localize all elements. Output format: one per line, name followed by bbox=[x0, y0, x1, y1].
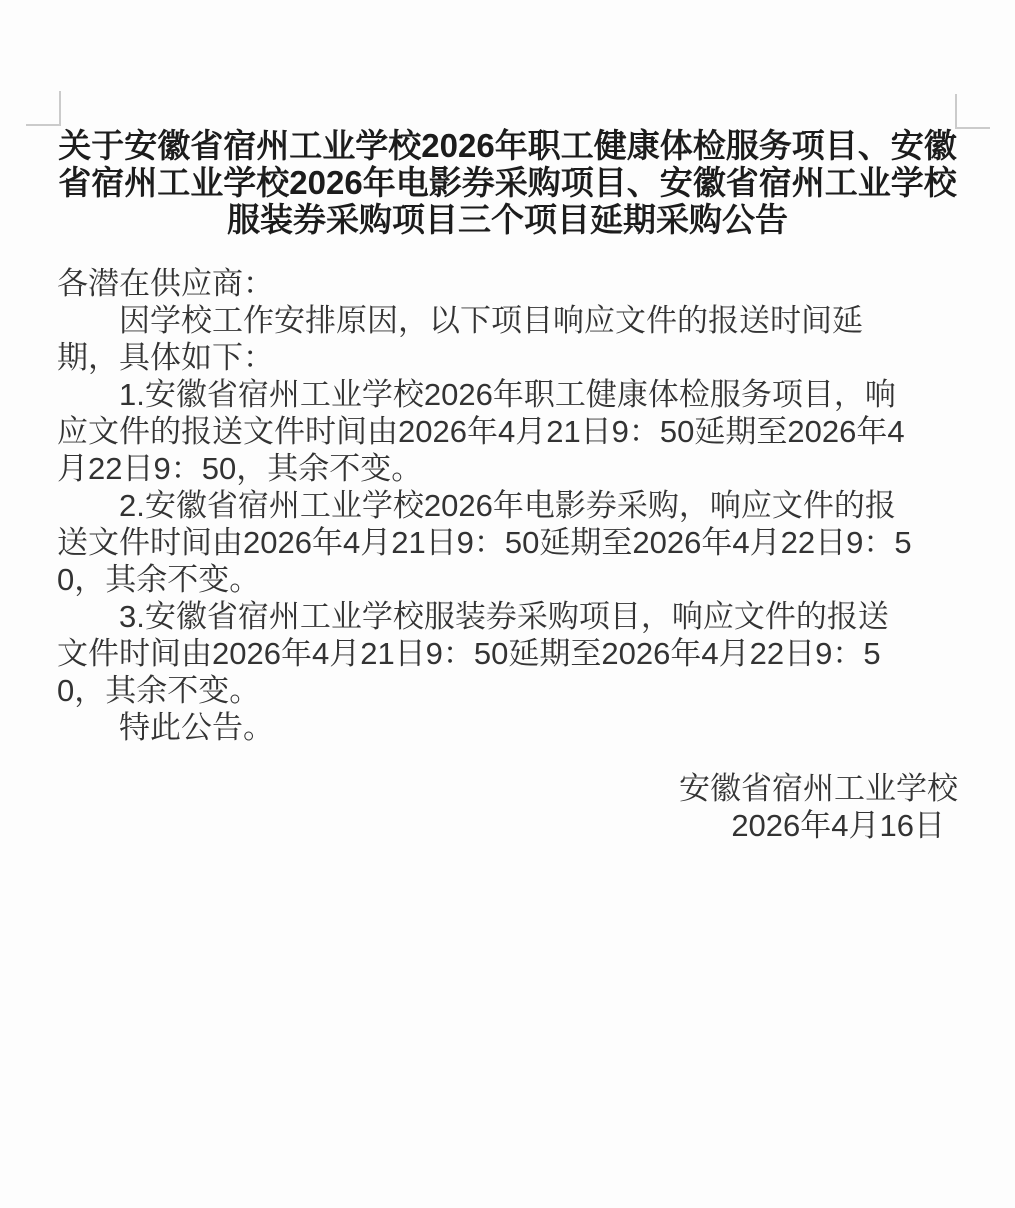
signature-org: 安徽省宿州工业学校 bbox=[57, 770, 958, 807]
item-1-line: 1.安徽省宿州工业学校2026年职工健康体检服务项目，响 bbox=[57, 376, 958, 413]
title-line: 服装券采购项目三个项目延期采购公告 bbox=[57, 201, 958, 238]
closing-line: 特此公告。 bbox=[57, 709, 958, 746]
intro-line: 期，具体如下： bbox=[57, 339, 958, 376]
title-line: 关于安徽省宿州工业学校2026年职工健康体检服务项目、安徽 bbox=[57, 127, 958, 164]
item-1-line: 月22日9：50，其余不变。 bbox=[57, 450, 958, 487]
item-2-line: 送文件时间由2026年4月21日9：50延期至2026年4月22日9：5 bbox=[57, 524, 958, 561]
text-boundary-corner-mark-right bbox=[955, 94, 990, 129]
document-title: 关于安徽省宿州工业学校2026年职工健康体检服务项目、安徽 省宿州工业学校202… bbox=[57, 127, 958, 238]
item-3-line: 3.安徽省宿州工业学校服装券采购项目，响应文件的报送 bbox=[57, 598, 958, 635]
salutation-line: 各潜在供应商： bbox=[57, 265, 958, 302]
signature-date: 2026年4月16日 bbox=[57, 807, 958, 844]
signature-block: 安徽省宿州工业学校 2026年4月16日 bbox=[57, 770, 958, 844]
item-3-line: 文件时间由2026年4月21日9：50延期至2026年4月22日9：5 bbox=[57, 635, 958, 672]
text-boundary-corner-mark-left bbox=[26, 91, 61, 126]
item-2-line: 0，其余不变。 bbox=[57, 561, 958, 598]
document-page: 关于安徽省宿州工业学校2026年职工健康体检服务项目、安徽 省宿州工业学校202… bbox=[0, 0, 1015, 1208]
text-column: 关于安徽省宿州工业学校2026年职工健康体检服务项目、安徽 省宿州工业学校202… bbox=[57, 0, 958, 844]
item-3-line: 0，其余不变。 bbox=[57, 672, 958, 709]
item-1-line: 应文件的报送文件时间由2026年4月21日9：50延期至2026年4 bbox=[57, 413, 958, 450]
document-body: 各潜在供应商： 因学校工作安排原因，以下项目响应文件的报送时间延 期，具体如下：… bbox=[57, 265, 958, 746]
item-2-line: 2.安徽省宿州工业学校2026年电影券采购，响应文件的报 bbox=[57, 487, 958, 524]
intro-line: 因学校工作安排原因，以下项目响应文件的报送时间延 bbox=[57, 302, 958, 339]
title-line: 省宿州工业学校2026年电影券采购项目、安徽省宿州工业学校 bbox=[57, 164, 958, 201]
